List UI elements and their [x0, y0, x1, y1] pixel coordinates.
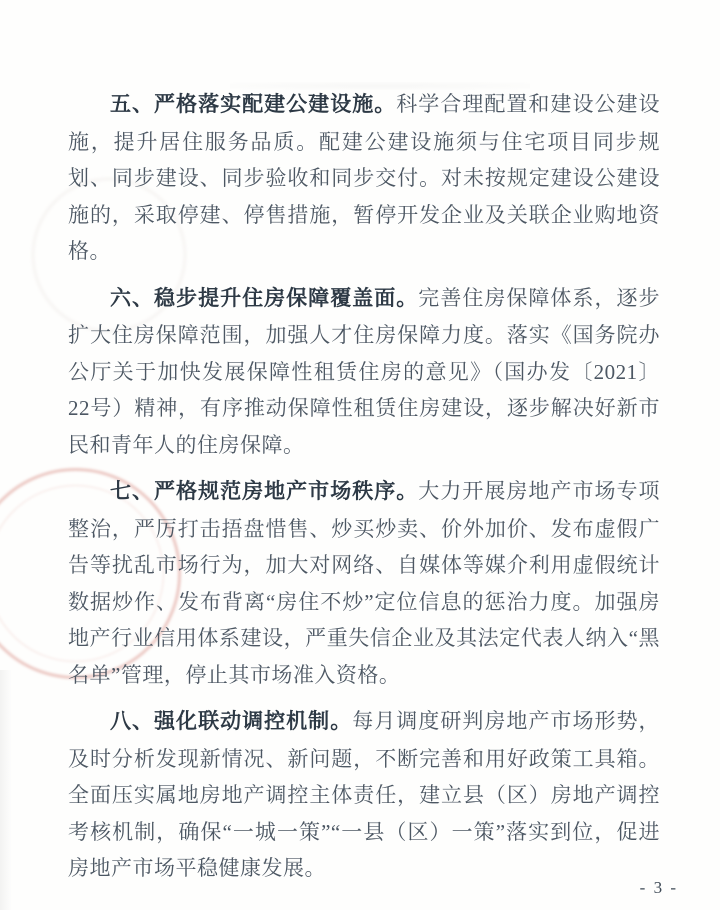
paragraph: 五、严格落实配建公建设施。科学合理配置和建设公建设施，提升居住服务品质。配建公建… — [68, 86, 660, 270]
paragraph-heading: 七、严格规范房地产市场秩序。 — [110, 480, 418, 503]
paragraph-body: 完善住房保障体系，逐步扩大住房保障范围，加强人才住房保障力度。落实《国务院办公厅… — [68, 286, 660, 457]
paragraph-heading: 五、严格落实配建公建设施。 — [110, 93, 396, 116]
paragraph-body: 大力开展房地产市场专项整治，严厉打击捂盘惜售、炒买炒卖、价外加价、发布虚假广告等… — [68, 479, 660, 687]
paragraph: 六、稳步提升住房保障覆盖面。完善住房保障体系，逐步扩大住房保障范围，加强人才住房… — [68, 280, 660, 464]
paragraph-body: 科学合理配置和建设公建设施，提升居住服务品质。配建公建设施须与住宅项目同步规划、… — [68, 92, 660, 263]
paragraph-heading: 八、强化联动调控机制。 — [110, 710, 352, 733]
paragraph: 八、强化联动调控机制。每月调度研判房地产市场形势，及时分析发现新情况、新问题，不… — [68, 703, 660, 887]
scan-edge-shadow — [0, 670, 12, 910]
scanned-document-page: 五、严格落实配建公建设施。科学合理配置和建设公建设施，提升居住服务品质。配建公建… — [0, 0, 720, 910]
paragraph: 七、严格规范房地产市场秩序。大力开展房地产市场专项整治，严厉打击捂盘惜售、炒买炒… — [68, 473, 660, 693]
page-number: - 3 - — [640, 878, 678, 898]
paragraph-body: 每月调度研判房地产市场形势，及时分析发现新情况、新问题，不断完善和用好政策工具箱… — [68, 709, 660, 880]
document-body: 五、严格落实配建公建设施。科学合理配置和建设公建设施，提升居住服务品质。配建公建… — [68, 86, 660, 897]
paragraph-heading: 六、稳步提升住房保障覆盖面。 — [110, 287, 418, 310]
